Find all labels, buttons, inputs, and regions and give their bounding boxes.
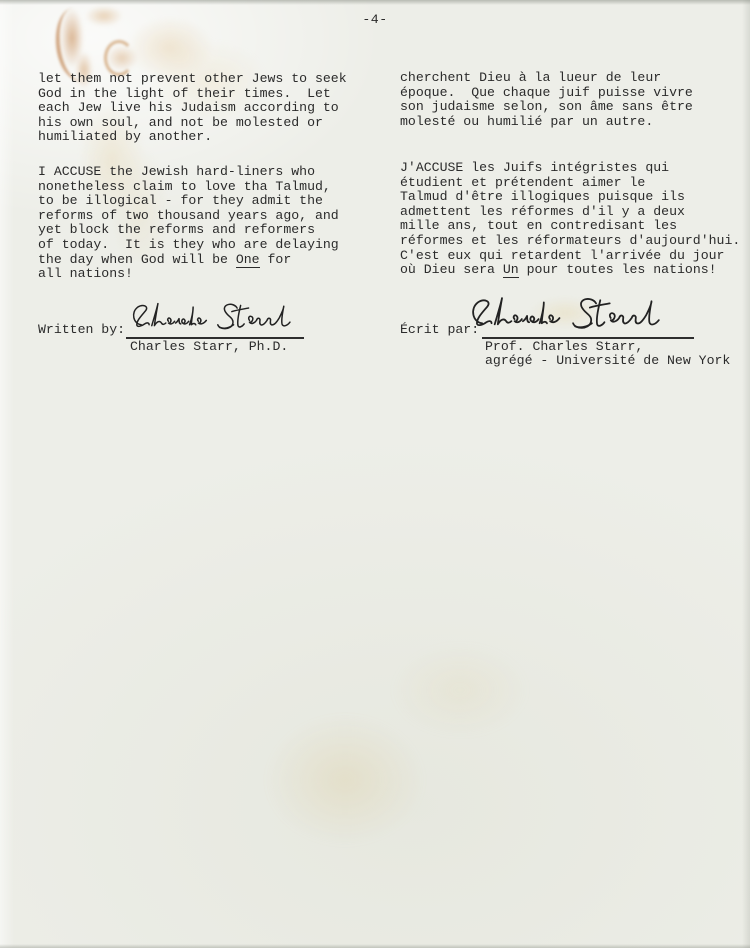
english-paragraph-2: I ACCUSE the Jewish hard-liners who none… [38,165,339,282]
text-line: let them not prevent other Jews to seek [38,72,347,87]
text-line: son judaisme selon, son âme sans être [400,100,693,115]
text-line: each Jew live his Judaism according to [38,101,347,116]
english-paragraph-1: let them not prevent other Jews to seek … [38,72,347,145]
scanned-document-page: -4- let them not prevent other Jews to s… [0,0,750,948]
typed-name-french-line2: agrégé - Université de New York [485,354,730,369]
text-line: mille ans, tout en contredisant les [400,219,740,234]
text-line: all nations! [38,267,339,282]
text-line: réformes et les réformateurs d'aujourd'h… [400,234,740,249]
text-segment: the day when God will be [38,252,236,267]
text-line: nonetheless claim to love tha Talmud, [38,180,339,195]
text-line: I ACCUSE the Jewish hard-liners who [38,165,339,180]
text-line: Talmud d'être illogiques puisque ils [400,190,740,205]
text-line: his own soul, and not be molested or [38,116,347,131]
text-line: admettent les réformes d'il y a deux [400,205,740,220]
text-line: to be illogical - for they admit the [38,194,339,209]
written-by-label: Written by: [38,322,125,337]
text-line-with-underline: the day when God will be One for [38,253,339,268]
underlined-word: Un [503,262,519,278]
text-line: cherchent Dieu à la lueur de leur [400,71,693,86]
underlined-word: One [236,252,260,268]
text-segment: pour toutes les nations! [519,262,717,277]
page-number: -4- [0,12,750,27]
text-segment: for [260,252,292,267]
faint-yellow-stain [250,620,610,870]
text-line: yet block the reforms and reformers [38,223,339,238]
text-line: C'est eux qui retardent l'arrivée du jou… [400,249,740,264]
french-paragraph-2: J'ACCUSE les Juifs intégristes qui étudi… [400,161,740,278]
text-line: God in the light of their times. Let [38,87,347,102]
text-line: J'ACCUSE les Juifs intégristes qui [400,161,740,176]
text-line: époque. Que chaque juif puisse vivre [400,86,693,101]
text-line-with-underline: où Dieu sera Un pour toutes les nations! [400,263,740,278]
text-line: of today. It is they who are delaying [38,238,339,253]
typed-name-english: Charles Starr, Ph.D. [130,340,288,355]
signature-handwriting-charles-starr [466,294,676,340]
text-line: molesté ou humilié par un autre. [400,115,693,130]
french-paragraph-1: cherchent Dieu à la lueur de leur époque… [400,71,693,129]
text-line: étudient et prétendent aimer le [400,176,740,191]
text-line: reforms of two thousand years ago, and [38,209,339,224]
text-line: humiliated by another. [38,130,347,145]
signature-handwriting-charles-starr [128,300,304,339]
text-segment: où Dieu sera [400,262,503,277]
